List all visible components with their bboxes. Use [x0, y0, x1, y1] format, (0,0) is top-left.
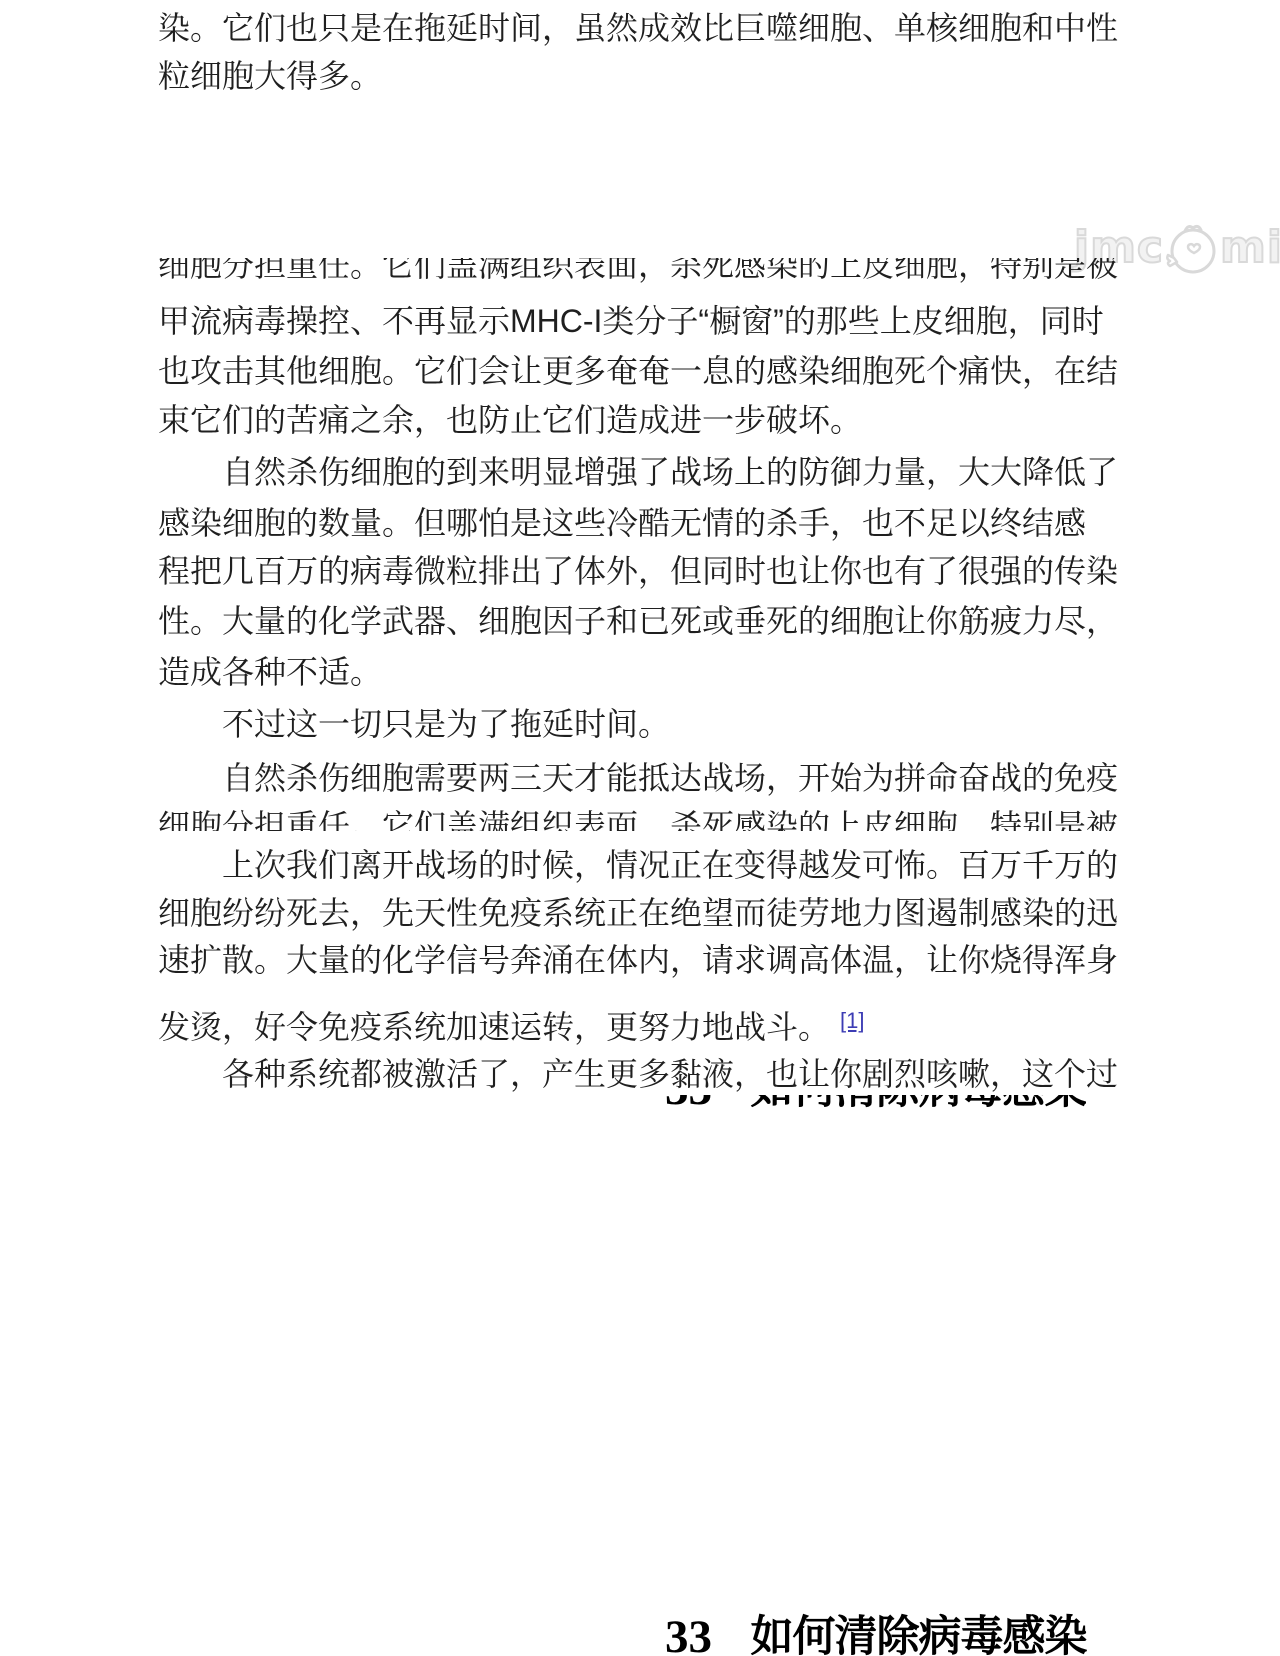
- body-text-line-clipped-bottom: 细胞分担重任。它们盖满组织表面，杀死感染的上皮细胞，特别是被: [158, 806, 1118, 831]
- chapter-heading-clipped: 33 如何清除病毒感染: [665, 1095, 1086, 1114]
- page-text: 染。它们也只是在拖延时间，虽然成效比巨噬细胞、单核细胞和中性 粒细胞大得多。 细…: [0, 0, 1280, 1656]
- body-text-line: 不过这一切只是为了拖延时间。: [158, 704, 670, 744]
- body-text-line: 上次我们离开战场的时候，情况正在变得越发可怖。百万千万的: [158, 845, 1118, 885]
- chapter-number: 33: [665, 1612, 712, 1656]
- chapter-title: 如何清除病毒感染: [750, 1612, 1086, 1656]
- body-text-line: 粒细胞大得多。: [158, 56, 382, 96]
- body-text-line: 染。它们也只是在拖延时间，虽然成效比巨噬细胞、单核细胞和中性: [158, 8, 1118, 48]
- body-text-line: 发烫，好令免疫系统加速运转，更努力地战斗。[1]: [158, 1001, 864, 1047]
- body-text: 发烫，好令免疫系统加速运转，更努力地战斗。: [158, 1009, 830, 1045]
- body-text-line: 程把几百万的病毒微粒排出了体外，但同时也让你也有了很强的传染: [158, 551, 1118, 591]
- body-text-line: 感染细胞的数量。但哪怕是这些冷酷无情的杀手，也不足以终结感: [158, 503, 1086, 543]
- book-page: jmc mic 染。它们也只是在拖延时间，虽然成效比巨噬细胞、单核细胞和中性 粒…: [0, 0, 1280, 1656]
- body-text-line: 速扩散。大量的化学信号奔涌在体内，请求调高体温，让你烧得浑身: [158, 940, 1118, 980]
- chapter-title: 如何清除病毒感染: [750, 1095, 1086, 1114]
- body-text-line: 束它们的苦痛之余，也防止它们造成进一步破坏。: [158, 400, 862, 440]
- chapter-heading: 33 如何清除病毒感染: [665, 1612, 1086, 1656]
- body-text-line-clipped-top: 细胞分担重任。它们盖满组织表面，杀死感染的上皮细胞，特别是被: [158, 258, 1118, 289]
- body-text-line: 造成各种不适。: [158, 652, 382, 692]
- body-text-line: 细胞纷纷死去，先天性免疫系统正在绝望而徒劳地力图遏制感染的迅: [158, 893, 1118, 933]
- body-text-line: 也攻击其他细胞。它们会让更多奄奄一息的感染细胞死个痛快，在结: [158, 351, 1118, 391]
- body-text-line: 各种系统都被激活了，产生更多黏液，也让你剧烈咳嗽，这个过: [158, 1054, 1118, 1094]
- body-text-line: 自然杀伤细胞需要两三天才能抵达战场，开始为拼命奋战的免疫: [158, 758, 1118, 798]
- chapter-number: 33: [665, 1095, 712, 1114]
- body-text-line: 自然杀伤细胞的到来明显增强了战场上的防御力量，大大降低了: [158, 452, 1118, 492]
- footnote-link[interactable]: [1]: [840, 1008, 864, 1033]
- body-text-line: 甲流病毒操控、不再显示MHC-I类分子“橱窗”的那些上皮细胞，同时: [158, 301, 1104, 341]
- body-text-line: 性。大量的化学武器、细胞因子和已死或垂死的细胞让你筋疲力尽，: [158, 601, 1118, 641]
